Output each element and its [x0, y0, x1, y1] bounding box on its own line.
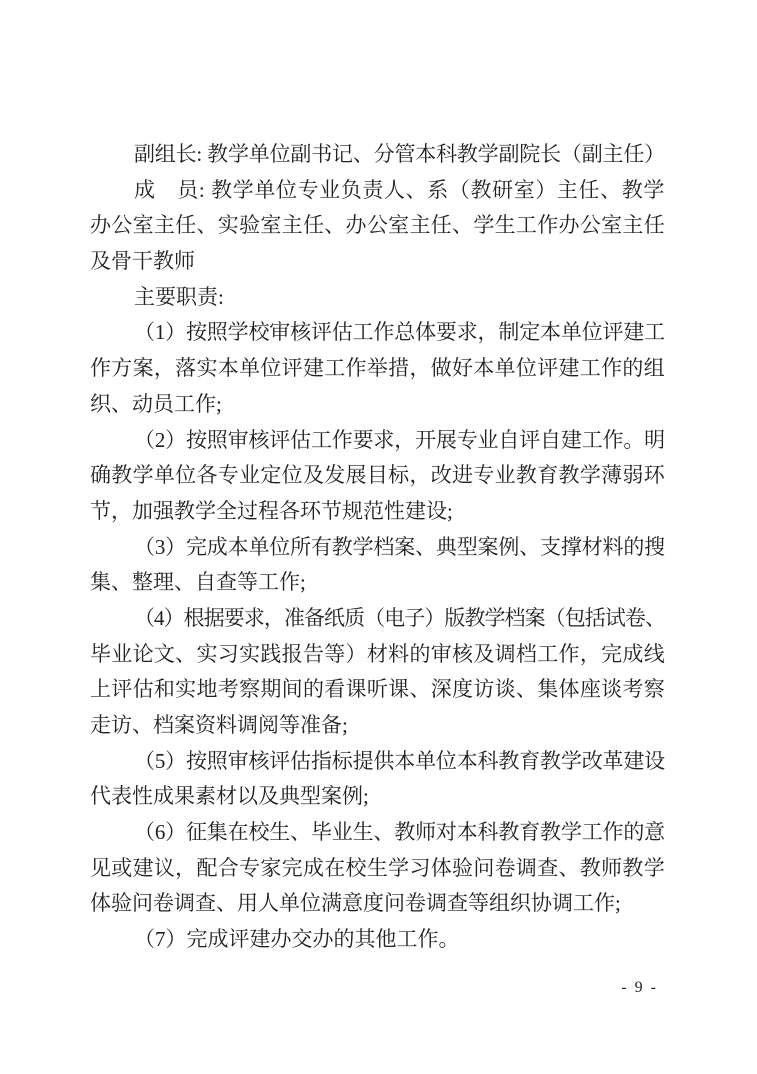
- text-line: 及骨干教师: [90, 244, 665, 280]
- text-line: 织、动员工作;: [90, 387, 665, 423]
- text-line: 体验问卷调查、用人单位满意度问卷调查等组织协调工作;: [90, 886, 665, 922]
- text-line: 作方案，落实本单位评建工作举措，做好本单位评建工作的组: [90, 351, 665, 387]
- text-line-content: 上评估和实地考察期间的看课听课、深度访谈、集体座谈考察: [90, 672, 665, 708]
- text-line-content: 体验问卷调查、用人单位满意度问卷调查等组织协调工作;: [90, 886, 621, 922]
- text-line-content: 主要职责:: [134, 280, 224, 316]
- page-number: - 9 -: [621, 978, 658, 998]
- text-line: 代表性成果素材以及典型案例;: [90, 779, 665, 815]
- text-line-content: 见或建议，配合专家完成在校生学习体验问卷调查、教师教学: [90, 851, 665, 887]
- text-line-content: 副组长: 教学单位副书记、分管本科教学副院长（副主任）: [134, 137, 665, 173]
- text-line: （7）完成评建办交办的其他工作。: [90, 922, 665, 958]
- document-body: 副组长: 教学单位副书记、分管本科教学副院长（副主任）成 员: 教学单位专业负责…: [90, 137, 665, 958]
- text-line: 毕业论文、实习实践报告等）材料的审核及调档工作，完成线: [90, 637, 665, 673]
- text-line: 成 员: 教学单位专业负责人、系（教研室）主任、教学: [90, 173, 665, 209]
- text-line-content: 及骨干教师: [90, 244, 195, 280]
- text-line-content: （4）根据要求，准备纸质（电子）版教学档案（包括试卷、: [134, 601, 665, 637]
- text-line: （4）根据要求，准备纸质（电子）版教学档案（包括试卷、: [90, 601, 665, 637]
- document-page: 副组长: 教学单位副书记、分管本科教学副院长（副主任）成 员: 教学单位专业负责…: [0, 0, 757, 1074]
- text-line: 主要职责:: [90, 280, 665, 316]
- text-line: 确教学单位各专业定位及发展目标，改进专业教育教学薄弱环: [90, 458, 665, 494]
- text-line: （2）按照审核评估工作要求，开展专业自评自建工作。明: [90, 423, 665, 459]
- text-line-content: （6）征集在校生、毕业生、教师对本科教育教学工作的意: [134, 815, 665, 851]
- text-line-content: 代表性成果素材以及典型案例;: [90, 779, 369, 815]
- text-line: 见或建议，配合专家完成在校生学习体验问卷调查、教师教学: [90, 851, 665, 887]
- text-line-content: 办公室主任、实验室主任、办公室主任、学生工作办公室主任: [90, 208, 665, 244]
- text-line: 副组长: 教学单位副书记、分管本科教学副院长（副主任）: [90, 137, 665, 173]
- text-line: 办公室主任、实验室主任、办公室主任、学生工作办公室主任: [90, 208, 665, 244]
- text-line: （3）完成本单位所有教学档案、典型案例、支撑材料的搜: [90, 530, 665, 566]
- text-line: 节，加强教学全过程各环节规范性建设;: [90, 494, 665, 530]
- text-line-content: （2）按照审核评估工作要求，开展专业自评自建工作。明: [134, 423, 665, 459]
- text-line-content: 集、整理、自查等工作;: [90, 565, 306, 601]
- text-line-content: 确教学单位各专业定位及发展目标，改进专业教育教学薄弱环: [90, 458, 665, 494]
- text-line-content: 织、动员工作;: [90, 387, 222, 423]
- text-line: 走访、档案资料调阅等准备;: [90, 708, 665, 744]
- text-line-content: （3）完成本单位所有教学档案、典型案例、支撑材料的搜: [134, 530, 665, 566]
- text-line: （1）按照学校审核评估工作总体要求，制定本单位评建工: [90, 315, 665, 351]
- text-line-content: 作方案，落实本单位评建工作举措，做好本单位评建工作的组: [90, 351, 665, 387]
- text-line-content: 毕业论文、实习实践报告等）材料的审核及调档工作，完成线: [90, 637, 665, 673]
- text-line-content: （1）按照学校审核评估工作总体要求，制定本单位评建工: [134, 315, 665, 351]
- text-line: （5）按照审核评估指标提供本单位本科教育教学改革建设: [90, 744, 665, 780]
- text-line-content: 节，加强教学全过程各环节规范性建设;: [90, 494, 453, 530]
- text-line: 集、整理、自查等工作;: [90, 565, 665, 601]
- text-line-content: 走访、档案资料调阅等准备;: [90, 708, 348, 744]
- text-line-content: （7）完成评建办交办的其他工作。: [134, 922, 460, 958]
- text-line: （6）征集在校生、毕业生、教师对本科教育教学工作的意: [90, 815, 665, 851]
- text-line-content: （5）按照审核评估指标提供本单位本科教育教学改革建设: [134, 744, 665, 780]
- text-line-content: 成 员: 教学单位专业负责人、系（教研室）主任、教学: [134, 173, 665, 209]
- text-line: 上评估和实地考察期间的看课听课、深度访谈、集体座谈考察: [90, 672, 665, 708]
